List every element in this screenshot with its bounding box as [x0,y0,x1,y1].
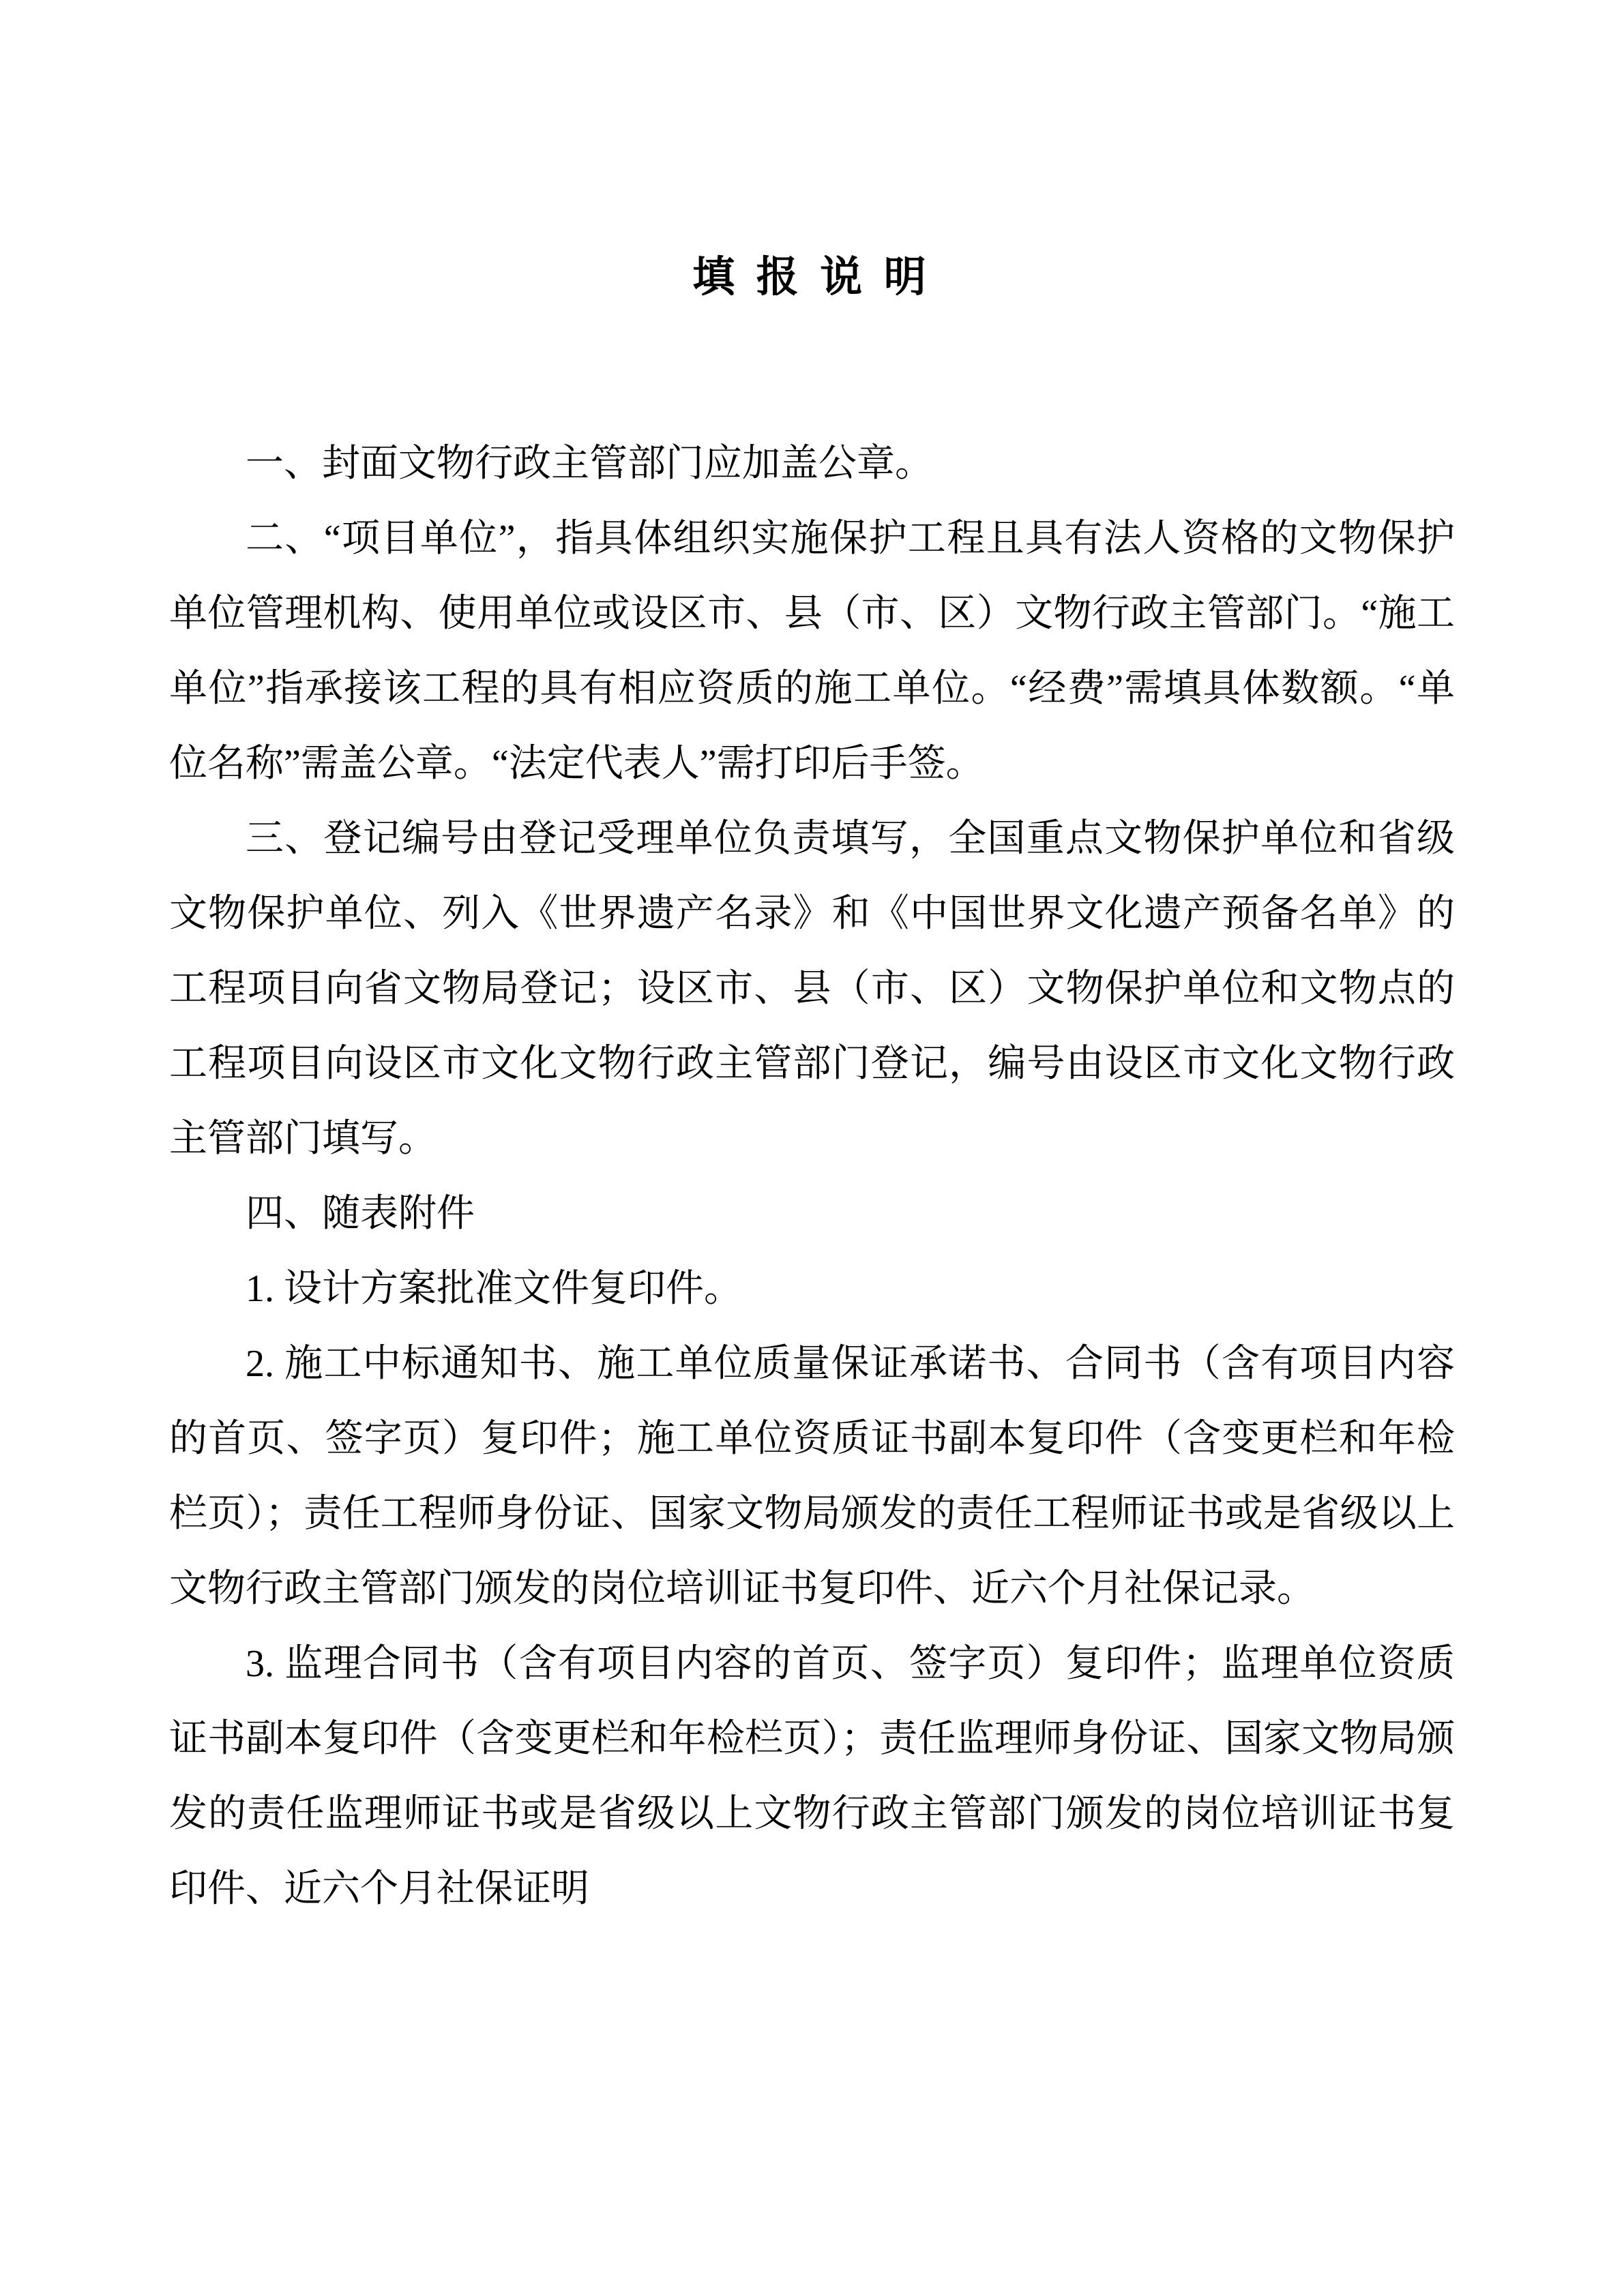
document-body: 一、封面文物行政主管部门应加盖公章。 二、“项目单位”，指具体组织实施保护工程且… [169,426,1455,1926]
paragraph-cover-seal: 一、封面文物行政主管部门应加盖公章。 [169,426,1455,501]
page-title: 填 报 说 明 [0,0,1624,302]
paragraph-registration-number: 三、登记编号由登记受理单位负责填写，全国重点文物保护单位和省级文物保护单位、列入… [169,801,1455,1176]
paragraph-attachment-1-design-approval: 1. 设计方案批准文件复印件。 [169,1251,1455,1326]
paragraph-attachment-3-supervision-documents: 3. 监理合同书（含有项目内容的首页、签字页）复印件；监理单位资质证书副本复印件… [169,1626,1455,1926]
paragraph-attachment-2-construction-documents: 2. 施工中标通知书、施工单位质量保证承诺书、合同书（含有项目内容的首页、签字页… [169,1326,1455,1626]
document-page: 填 报 说 明 一、封面文物行政主管部门应加盖公章。 二、“项目单位”，指具体组… [0,0,1624,2296]
paragraph-attachments-heading: 四、随表附件 [169,1176,1455,1251]
paragraph-project-unit-definition: 二、“项目单位”，指具体组织实施保护工程且具有法人资格的文物保护单位管理机构、使… [169,501,1455,801]
